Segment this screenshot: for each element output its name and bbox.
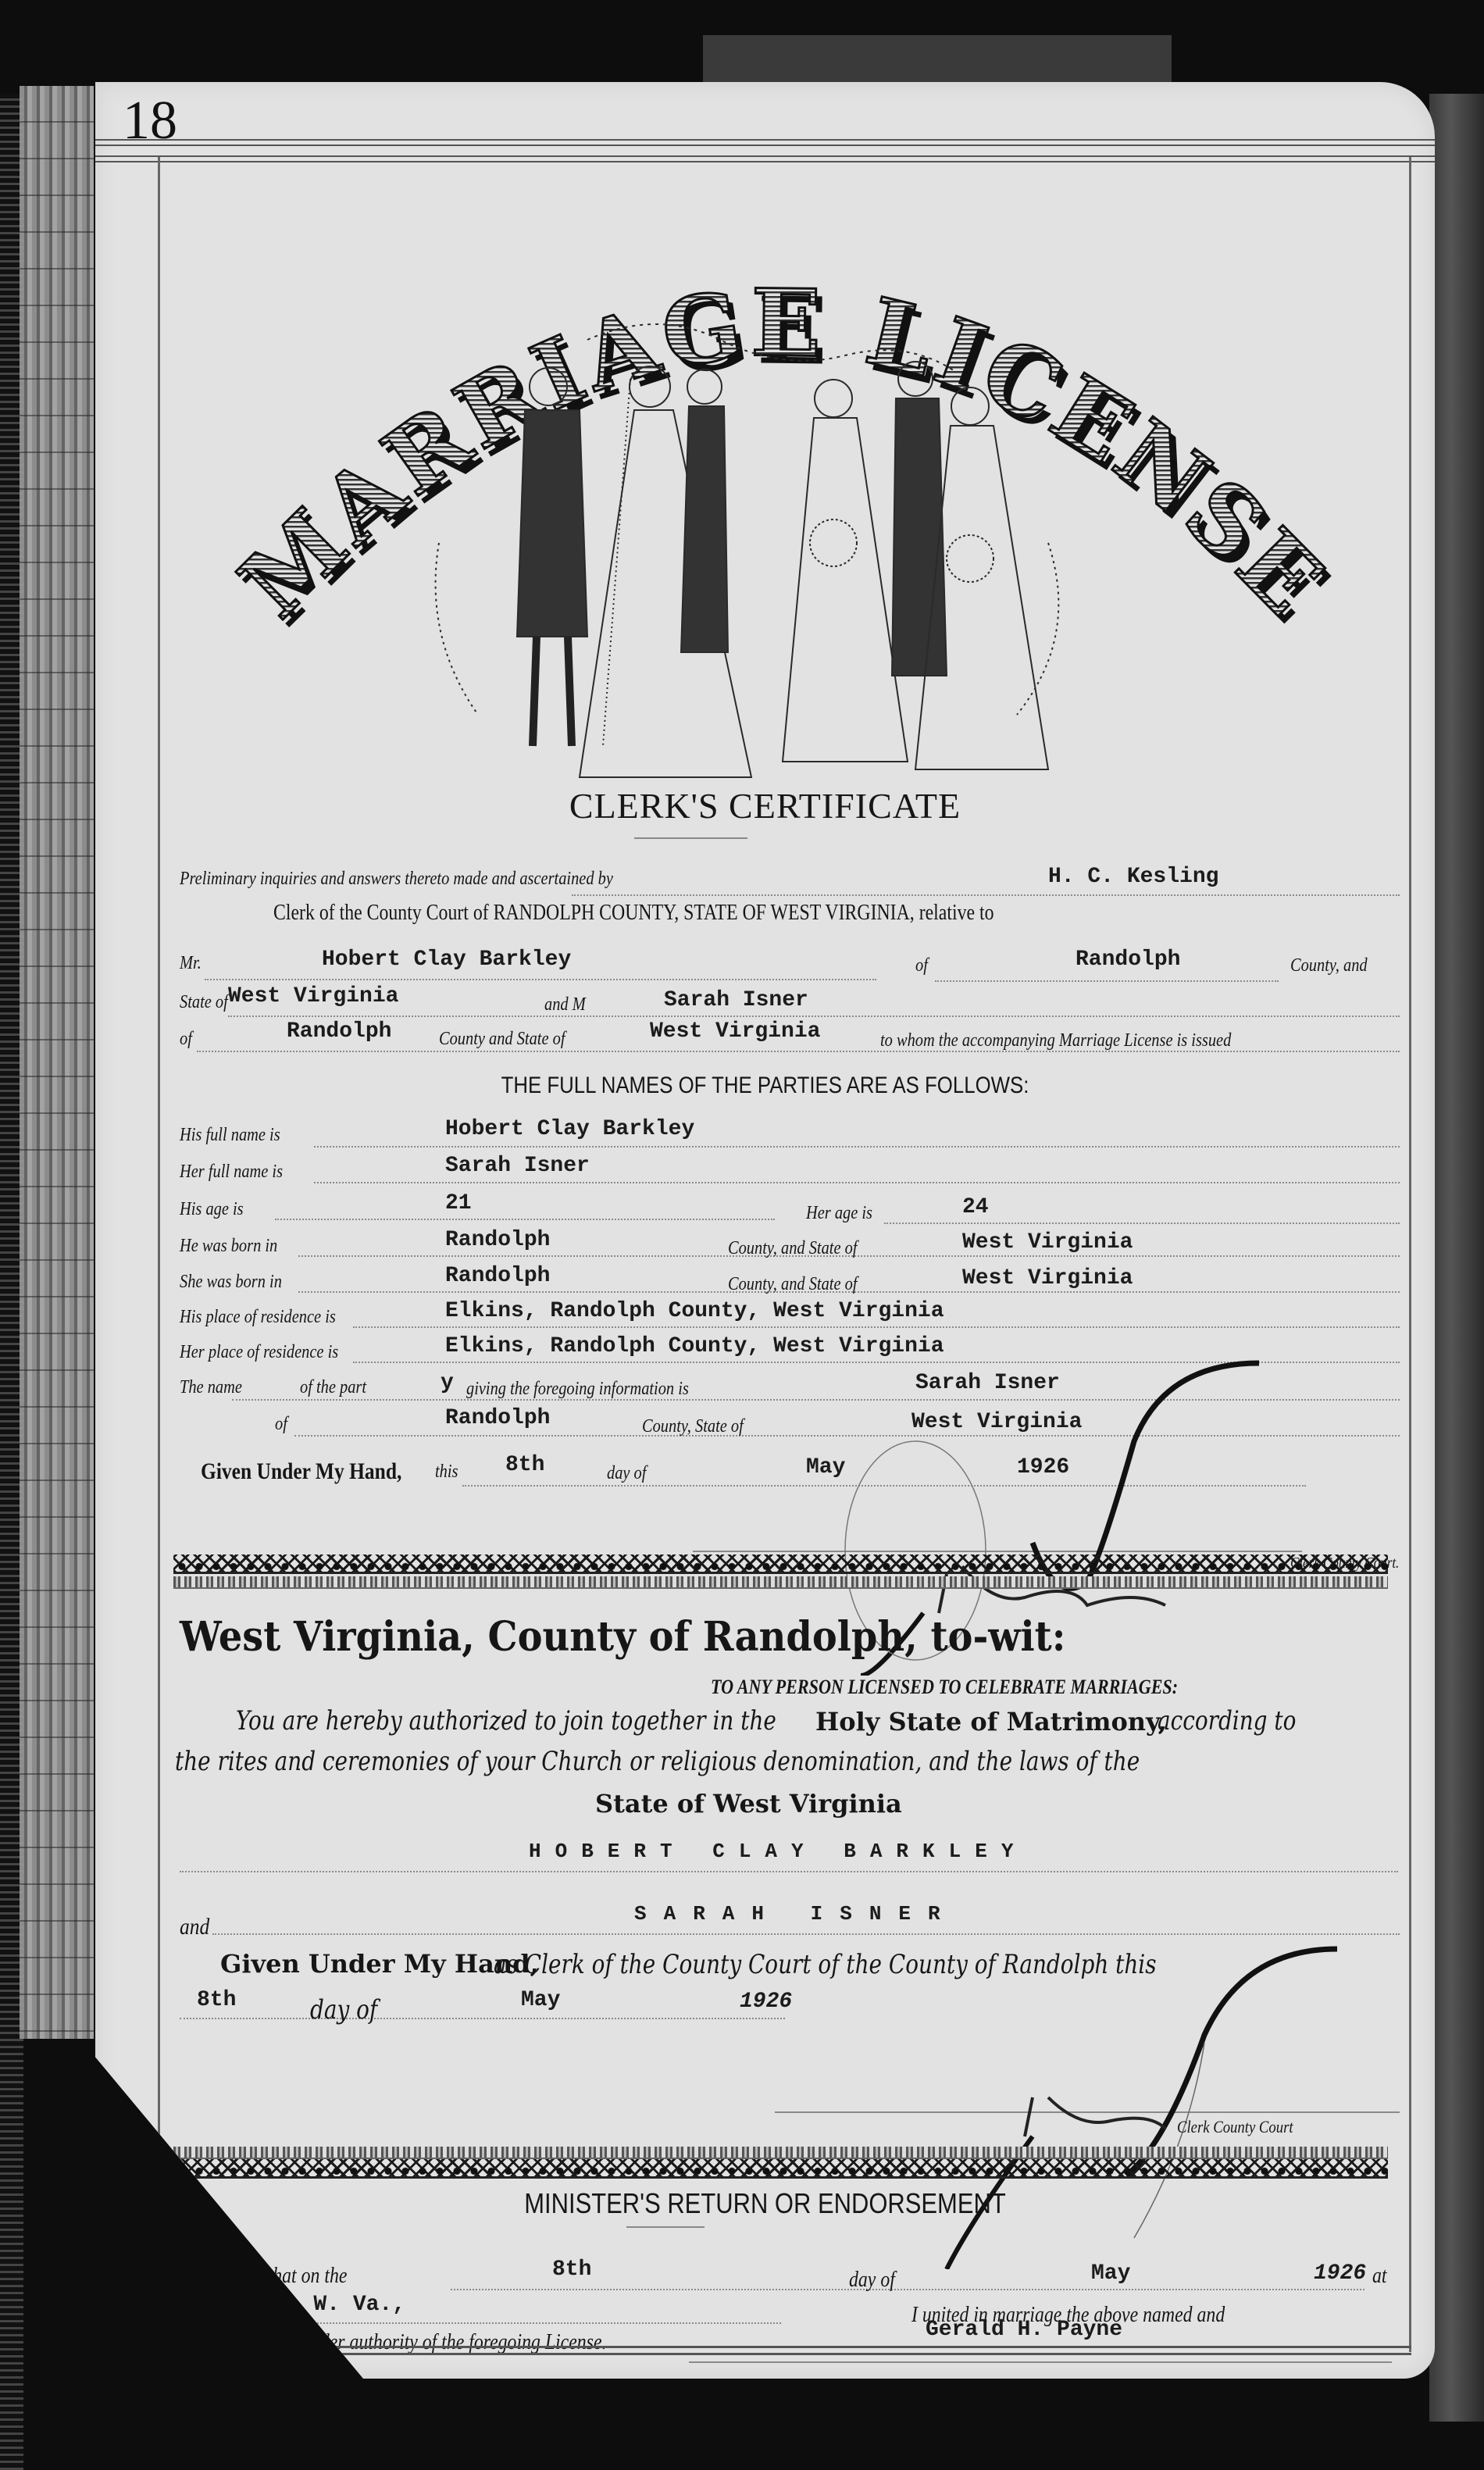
holy-state-text: Holy State of Matrimony, xyxy=(815,1707,1167,1736)
she-born-county-value: Randolph xyxy=(445,1264,550,1288)
minister-year-value: 1926 xyxy=(1314,2261,1366,2286)
to-any-person-heading: TO ANY PERSON LICENSED TO CELEBRATE MARR… xyxy=(711,1676,1178,1699)
authorize-text-line2: the rites and ceremonies of your Church … xyxy=(175,1746,1140,1777)
next-page-edge xyxy=(1429,94,1484,2422)
informant-party-suffix: y xyxy=(441,1371,454,1395)
his-residence-label: His place of residence is xyxy=(180,1307,336,1328)
preliminary-label: Preliminary inquiries and answers theret… xyxy=(180,869,613,890)
her-age-value: 24 xyxy=(962,1195,989,1219)
her-age-label: Her age is xyxy=(806,1203,872,1224)
fill-line xyxy=(180,2322,781,2324)
and-m-label: and M xyxy=(544,994,586,1015)
day-of-label: day of xyxy=(607,1463,646,1484)
bride-county-value: Randolph xyxy=(287,1019,391,1044)
given-under-hand-label: Given Under My Hand, xyxy=(201,1458,401,1485)
frame-right-rule xyxy=(1409,157,1411,2352)
decorative-border-1 xyxy=(173,1554,1388,1586)
license-heading: West Virginia, County of Randolph, to-wi… xyxy=(180,1613,1065,1661)
minister-signature-line xyxy=(689,2361,1392,2363)
clerk-of-label: Clerk of the County Court of RANDOLPH CO… xyxy=(273,901,994,926)
fill-line xyxy=(572,894,1400,896)
frame-left-rule xyxy=(158,157,160,2383)
fill-line xyxy=(451,2289,1364,2290)
groom-caps-value: HOBERT CLAY BARKLEY xyxy=(529,1840,1027,1863)
mr-label: Mr. xyxy=(180,953,202,974)
county-and-label: County, and xyxy=(1290,955,1368,976)
he-county-state-label: County, and State of xyxy=(728,1238,857,1259)
fill-line xyxy=(275,1219,775,1220)
fill-line xyxy=(228,1015,1400,1017)
her-full-name-label: Her full name is xyxy=(180,1162,283,1183)
she-county-state-label: County, and State of xyxy=(728,1274,857,1295)
license-year-value: 1926 xyxy=(740,1990,792,2014)
she-born-state-value: West Virginia xyxy=(962,1266,1133,1290)
bride-name-value: Sarah Isner xyxy=(664,988,808,1012)
minister-day-of-label: day of xyxy=(849,2268,895,2293)
fill-line xyxy=(884,1223,1400,1224)
fill-line xyxy=(935,980,1279,982)
he-born-county-value: Randolph xyxy=(445,1228,550,1252)
certify-label: I certify that on the xyxy=(205,2264,347,2289)
bottom-rule xyxy=(306,2346,1411,2355)
county-state-label: County and State of xyxy=(439,1029,565,1050)
license-day-of-label: day of xyxy=(310,1994,377,2026)
fill-line xyxy=(180,1871,1398,1872)
authorize-text-c: according to xyxy=(1158,1705,1296,1736)
fill-line xyxy=(353,1326,1400,1328)
wedding-illustration xyxy=(408,309,1095,793)
fill-line xyxy=(212,1933,1400,1935)
informant-county-state-label: County, State of xyxy=(642,1416,744,1437)
groom-county-value: Randolph xyxy=(1076,948,1180,972)
license-month-value: May xyxy=(521,1988,560,2012)
his-full-name-value: Hobert Clay Barkley xyxy=(445,1117,694,1141)
fill-line xyxy=(314,1146,1400,1148)
top-rule-inner xyxy=(95,155,1435,162)
her-full-name-value: Sarah Isner xyxy=(445,1154,590,1178)
fill-line xyxy=(314,1182,1400,1183)
informant-of-label: of xyxy=(275,1414,287,1435)
her-residence-label: Her place of residence is xyxy=(180,1342,338,1363)
groom-name-value: Hobert Clay Barkley xyxy=(322,948,571,972)
he-born-label: He was born in xyxy=(180,1236,277,1257)
authorize-text-a: You are hereby authorized to join togeth… xyxy=(236,1705,776,1736)
at-label: at xyxy=(1372,2264,1387,2289)
his-age-label: His age is xyxy=(180,1199,244,1220)
minister-month-value: May xyxy=(1091,2261,1130,2286)
bride-state-value: West Virginia xyxy=(650,1019,820,1044)
background-object xyxy=(703,35,1172,82)
informant-label-2: of the part xyxy=(300,1377,366,1398)
informant-county-value: Randolph xyxy=(445,1406,550,1430)
this-label: this xyxy=(435,1462,458,1483)
clerk-signature-2 xyxy=(798,1941,1384,2269)
clerk-name-value: H. C. Kesling xyxy=(1048,865,1218,889)
informant-label-1: The name xyxy=(180,1377,242,1398)
place-value: Elkins, W. Va., xyxy=(209,2293,405,2317)
ledger-page: 18 MARRIAGE LICENSE MARRIAGE LICENSE xyxy=(95,82,1435,2379)
given-day-value: 8th xyxy=(505,1453,544,1477)
fill-line xyxy=(180,2018,785,2019)
she-born-label: She was born in xyxy=(180,1272,282,1293)
given-under-hand-gothic: Given Under My Hand, xyxy=(220,1949,539,1979)
ledger-page-stack xyxy=(20,86,94,2039)
top-rule xyxy=(95,139,1435,146)
his-full-name-label: His full name is xyxy=(180,1125,280,1146)
and-label: and xyxy=(180,1914,209,1940)
of-label: of xyxy=(915,955,928,976)
of-label-2: of xyxy=(180,1029,192,1050)
license-day-value: 8th xyxy=(197,1988,236,2012)
informant-label-3: giving the foregoing information is xyxy=(466,1379,689,1400)
minister-day-value: 8th xyxy=(552,2258,591,2282)
parties-heading: THE FULL NAMES OF THE PARTIES ARE AS FOL… xyxy=(189,1073,1341,1099)
accompanying-label: to whom the accompanying Marriage Licens… xyxy=(880,1030,1231,1051)
he-born-state-value: West Virginia xyxy=(962,1230,1133,1255)
his-age-value: 21 xyxy=(445,1191,472,1215)
state-of-west-virginia: State of West Virginia xyxy=(595,1789,902,1819)
state-of-label: State of xyxy=(180,992,228,1013)
groom-state-value: West Virginia xyxy=(228,984,398,1008)
heading-underline xyxy=(626,2226,705,2228)
clerks-certificate-heading: CLERK'S CERTIFICATE xyxy=(95,785,1435,826)
minister-name-value: Gerald H. Payne xyxy=(926,2318,1122,2342)
ministers-return-heading: MINISTER'S RETURN OR ENDORSEMENT xyxy=(189,2187,1341,2220)
decorative-border-2 xyxy=(173,2144,1388,2176)
clerk-county-court-caption-2: Clerk County Court xyxy=(1177,2117,1293,2137)
fill-line xyxy=(205,979,876,980)
bride-caps-value: SARAH ISNER xyxy=(634,1902,958,1926)
his-residence-value: Elkins, Randolph County, West Virginia xyxy=(445,1299,944,1323)
heading-underline xyxy=(634,837,747,839)
